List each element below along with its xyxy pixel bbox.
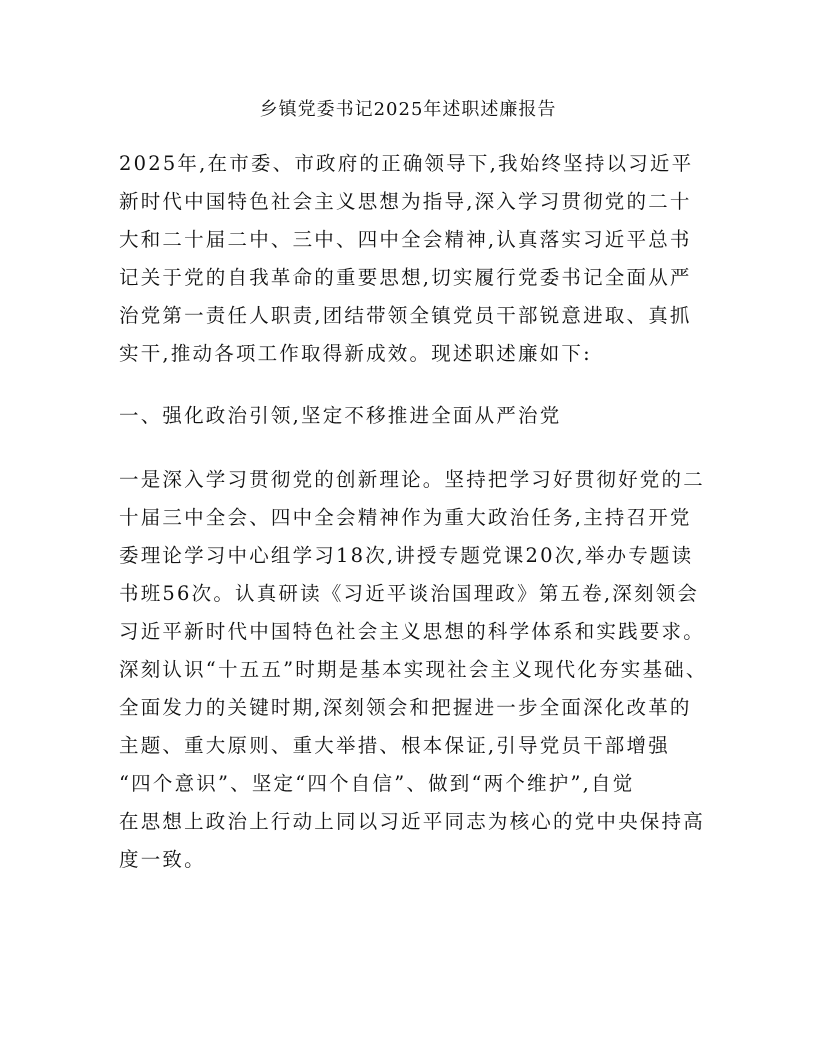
- text-line: 书班56次。认真研读《习近平谈治国理政》第五卷,深刻领会: [119, 580, 699, 608]
- text-line: 十届三中全会、四中全会精神作为重大政治任务,主持召开党: [119, 504, 692, 532]
- text-line: 全面发力的关键时期,深刻领会和把握进一步全面深化改革的: [119, 694, 692, 722]
- document-page: 乡镇党委书记2025年述职述廉报告 2025年,在市委、市政府的正确领导下,我始…: [0, 0, 816, 1056]
- text-line: 记关于党的自我革命的重要思想,切实履行党委书记全面从严: [119, 264, 692, 292]
- text-line: 治党第一责任人职责,团结带领全镇党员干部锐意进取、真抓: [119, 302, 692, 330]
- text-line: 委理论学习中心组学习18次,讲授专题党课20次,举办专题读: [119, 542, 693, 570]
- text-line: 新时代中国特色社会主义思想为指导,深入学习贯彻党的二十: [119, 188, 692, 216]
- text-line: 度一致。: [119, 846, 206, 874]
- text-line: “四个意识”、坚定“四个自信”、做到“两个维护”,自觉: [119, 770, 634, 798]
- text-line: 一是深入学习贯彻党的创新理论。坚持把学习好贯彻好党的二: [119, 466, 705, 494]
- section-heading: 一、强化政治引领,坚定不移推进全面从严治党: [119, 402, 561, 430]
- text-line: 大和二十届二中、三中、四中全会精神,认真落实习近平总书: [119, 226, 692, 254]
- document-title: 乡镇党委书记2025年述职述廉报告: [0, 97, 816, 123]
- text-line: 实干,推动各项工作取得新成效。现述职述廉如下:: [119, 340, 592, 368]
- text-line: 在思想上政治上行动上同以习近平同志为核心的党中央保持高: [119, 808, 705, 836]
- text-line: 2025年,在市委、市政府的正确领导下,我始终坚持以习近平: [119, 150, 693, 178]
- text-line: 主题、重大原则、重大举措、根本保证,引导党员干部增强: [119, 732, 670, 760]
- text-line: 深刻认识“十五五”时期是基本实现社会主义现代化夯实基础、: [119, 656, 708, 684]
- text-line: 习近平新时代中国特色社会主义思想的科学体系和实践要求。: [119, 618, 705, 646]
